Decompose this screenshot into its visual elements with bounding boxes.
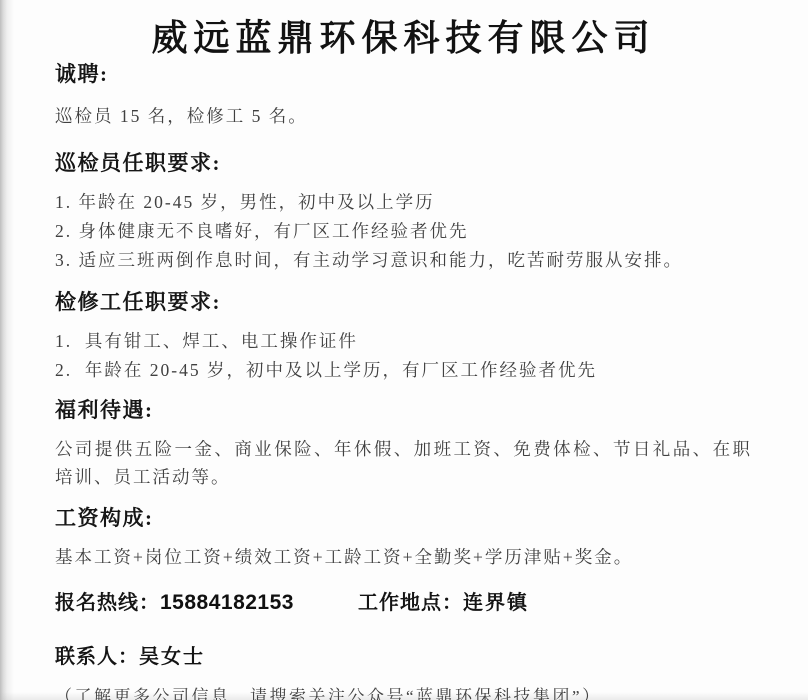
salary-composition-text: 基本工资+岗位工资+绩效工资+工龄工资+全勤奖+学历津贴+奖金。 — [55, 543, 752, 571]
list-item: 2. 身体健康无不良嗜好，有厂区工作经验者优先 — [55, 217, 752, 246]
list-item: 1. 年龄在 20-45 岁，男性，初中及以上学历 — [55, 188, 752, 217]
section-heading-inspector-requirements: 巡检员任职要求: — [55, 150, 752, 176]
list-item: 3. 适应三班两倒作息时间，有主动学习意识和能力，吃苦耐劳服从安排。 — [55, 246, 752, 275]
footer-note: （了解更多公司信息，请搜索关注公众号“蓝鼎环保科技集团”） — [55, 682, 752, 700]
hotline-location-row: 报名热线： 15884182153 工作地点： 连界镇 — [55, 586, 752, 615]
location-value: 连界镇 — [463, 586, 529, 615]
section-heading-welfare: 福利待遇: — [55, 397, 752, 423]
paper-left-edge-shadow — [0, 0, 14, 700]
notice-content: 威远蓝鼎环保科技有限公司 诚聘: 巡检员 15 名，检修工 5 名。 巡检员任职… — [55, 0, 752, 700]
welfare-text: 公司提供五险一金、商业保险、年休假、加班工资、免费体检、节日礼品、在职培训、员工… — [55, 435, 752, 491]
list-item: 2. 年龄在 20-45 岁，初中及以上学历，有厂区工作经验者优先 — [55, 356, 752, 385]
hotline-label: 报名热线： — [55, 586, 160, 615]
section-heading-recruit: 诚聘: — [55, 61, 752, 87]
list-item: 1. 具有钳工、焊工、电工操作证件 — [55, 327, 752, 356]
section-heading-salary: 工资构成: — [55, 505, 752, 531]
company-title: 威远蓝鼎环保科技有限公司 — [55, 10, 752, 61]
contact-person-row: 联系人： 吴女士 — [55, 640, 752, 669]
recruit-positions-text: 巡检员 15 名，检修工 5 名。 — [55, 102, 752, 130]
contact-person-label: 联系人： — [55, 640, 139, 669]
location-label: 工作地点： — [358, 586, 463, 615]
contact-person-value: 吴女士 — [139, 640, 205, 669]
inspector-requirements-list: 1. 年龄在 20-45 岁，男性，初中及以上学历 2. 身体健康无不良嗜好，有… — [55, 188, 752, 275]
recruitment-notice-page: 威远蓝鼎环保科技有限公司 诚聘: 巡检员 15 名，检修工 5 名。 巡检员任职… — [0, 0, 808, 700]
repair-requirements-list: 1. 具有钳工、焊工、电工操作证件 2. 年龄在 20-45 岁，初中及以上学历… — [55, 327, 752, 385]
section-heading-repair-requirements: 检修工任职要求: — [55, 289, 752, 315]
hotline-phone-number: 15884182153 — [160, 591, 294, 615]
